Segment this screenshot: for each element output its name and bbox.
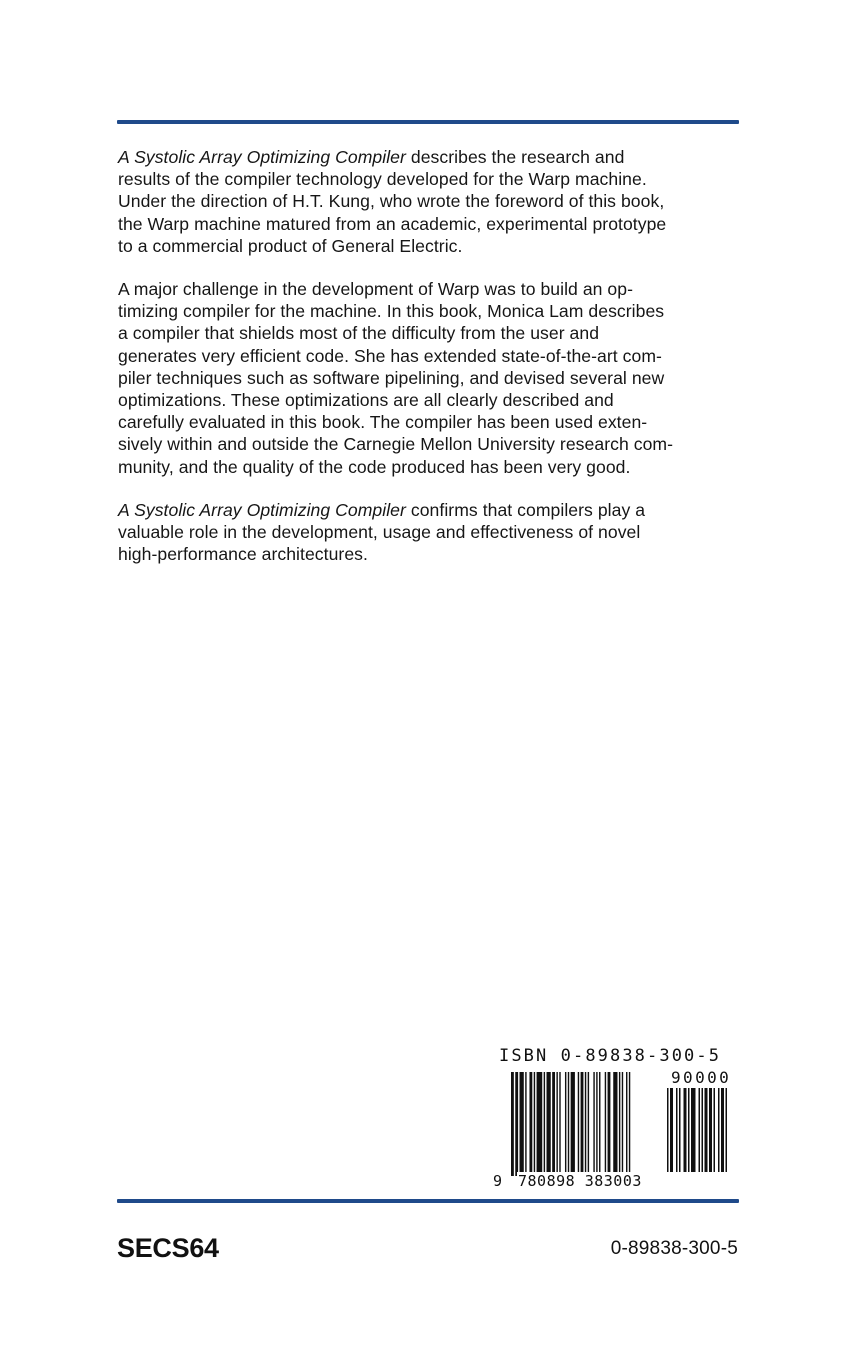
series-code: SECS64 (117, 1233, 219, 1264)
top-rule (117, 120, 739, 124)
addon-bars (667, 1088, 739, 1172)
blurb-paragraph-2: A major challenge in the development of … (118, 278, 748, 478)
isbn-barcode: ISBN 0-89838-300-5 90000 9 780898 383003 (493, 1046, 743, 1191)
book-title-italic: A Systolic Array Optimizing Compiler (118, 500, 406, 520)
isbn-label: ISBN 0-89838-300-5 (499, 1046, 721, 1066)
isbn-number: 0-89838-300-5 (611, 1238, 738, 1260)
ean-digits: 780898 383003 (517, 1172, 643, 1190)
price-addon-digits: 90000 (671, 1068, 731, 1087)
blurb-paragraph-3: A Systolic Array Optimizing Compiler con… (118, 499, 748, 566)
bottom-rule (117, 1199, 739, 1203)
ean-lead-digit: 9 (493, 1172, 502, 1190)
back-cover-blurb: A Systolic Array Optimizing Compiler des… (118, 146, 748, 586)
blurb-paragraph-1: A Systolic Array Optimizing Compiler des… (118, 146, 748, 257)
book-title-italic: A Systolic Array Optimizing Compiler (118, 147, 406, 167)
ean13-bars (511, 1072, 661, 1176)
